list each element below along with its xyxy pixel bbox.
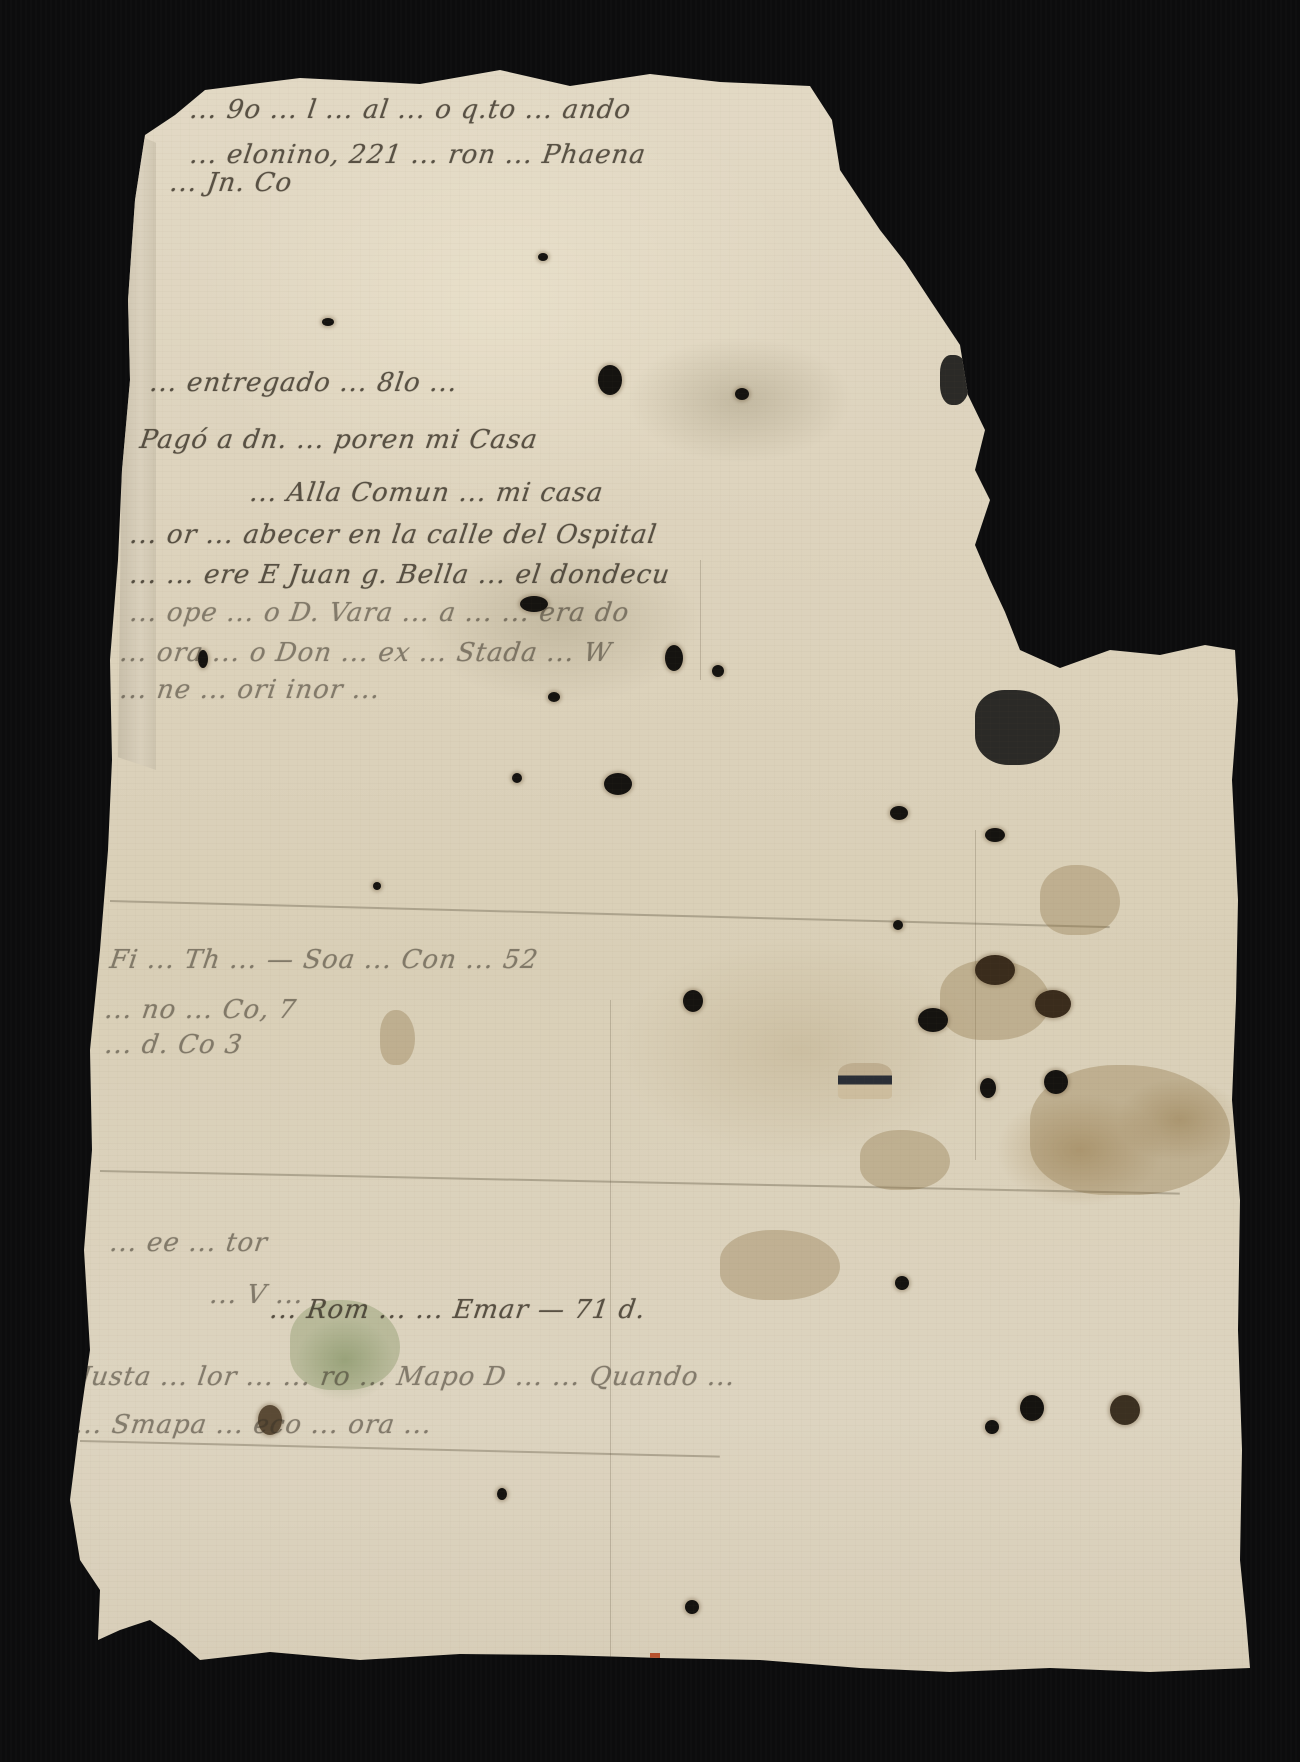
handwriting-line: Pagó a dn. ... poren mi Casa	[138, 425, 540, 455]
worm-hole	[1110, 1395, 1140, 1425]
handwriting-line: ... Rom ... ... Emar — 71 d.	[268, 1295, 648, 1325]
worm-hole	[918, 1008, 948, 1032]
worm-hole	[373, 882, 381, 890]
handwriting-line: ... entregado ... 8lo ...	[148, 368, 460, 398]
water-stain	[940, 960, 1050, 1040]
worm-hole	[985, 828, 1005, 842]
worm-hole	[665, 645, 683, 671]
handwriting-line: ... ope ... o D. Vara ... a ... ... era …	[128, 598, 632, 628]
worm-hole	[497, 1488, 507, 1500]
fold-line	[110, 900, 1110, 928]
handwriting-line: ... Jn. Co	[168, 168, 295, 198]
worm-hole	[198, 650, 208, 668]
worm-hole	[604, 773, 632, 795]
handwriting-line: ... 9o ... l ... al ... o q.to ... ando	[188, 95, 633, 125]
handwriting-line: ... V ...	[208, 1280, 306, 1310]
water-stain	[1040, 865, 1120, 935]
worm-hole	[735, 388, 749, 400]
water-stain	[720, 1230, 840, 1300]
worm-hole	[1035, 990, 1071, 1018]
vertical-crease	[700, 560, 701, 680]
worm-hole	[685, 1600, 699, 1614]
worm-hole	[548, 692, 560, 702]
vertical-crease	[610, 1000, 611, 1660]
worm-hole	[520, 596, 548, 612]
water-stain	[860, 1130, 950, 1190]
handwriting-line: ... Smapa ... eco ... ora ...	[73, 1410, 434, 1440]
worm-hole	[1044, 1070, 1068, 1094]
worm-hole	[322, 318, 334, 326]
tear-damage	[975, 690, 1060, 765]
handwriting-line: ... ... ere E Juan g. Bella ... el donde…	[128, 560, 672, 590]
handwriting-line: ... Alla Comun ... mi casa	[248, 478, 606, 508]
worm-hole	[890, 806, 908, 820]
worm-hole	[258, 1405, 282, 1435]
mold-stain	[290, 1300, 400, 1390]
handwriting-line: ... d. Co 3	[103, 1030, 245, 1060]
worm-hole	[683, 990, 703, 1012]
handwriting-line: ... ne ... ori inor ...	[118, 675, 383, 705]
water-stain	[380, 1010, 415, 1065]
handwriting-line: ... or ... abecer en la calle del Ospita…	[128, 520, 659, 550]
handwriting-line: ... ora ... o Don ... ex ... Stada ... W	[118, 638, 614, 668]
worm-hole	[512, 773, 522, 783]
worm-hole	[975, 955, 1015, 985]
underlying-layer-patch	[838, 1063, 892, 1099]
fold-line	[80, 1440, 720, 1458]
handwriting-line: Justa ... lor ... ... ro ... Mapo D ... …	[78, 1362, 738, 1392]
handwriting-line: ... no ... Co, 7	[103, 995, 299, 1025]
worm-hole	[980, 1078, 996, 1098]
worm-hole	[598, 365, 622, 395]
fold-line	[100, 1170, 1180, 1195]
handwriting-line: ... ee ... tor	[108, 1228, 270, 1258]
worm-hole	[893, 920, 903, 930]
vertical-crease	[975, 830, 976, 1160]
worm-hole	[985, 1420, 999, 1434]
handwriting-line: Fi ... Th ... — Soa ... Con ... 52	[108, 945, 541, 975]
worm-hole	[538, 253, 548, 261]
water-stain	[1030, 1065, 1230, 1195]
worm-hole	[895, 1276, 909, 1290]
worm-hole	[712, 665, 724, 677]
handwriting-line: ... elonino, 221 ... ron ... Phaena	[188, 140, 648, 170]
worm-hole	[1020, 1395, 1044, 1421]
